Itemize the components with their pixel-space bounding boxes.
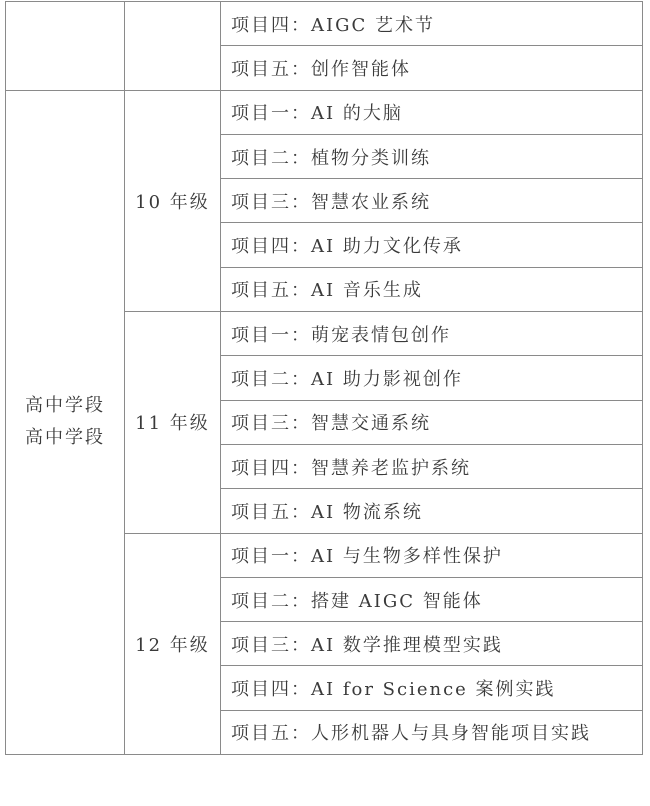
project-cell: 项目一：AI 与生物多样性保护 — [221, 533, 643, 577]
project-cell: 项目二：AI 助力影视创作 — [221, 356, 643, 400]
grade-cell-12: 12 年级 — [125, 533, 221, 754]
project-cell: 项目二：植物分类训练 — [221, 134, 643, 178]
stage-label: 高中学段 — [6, 390, 124, 422]
project-cell: 项目三：智慧农业系统 — [221, 179, 643, 223]
curriculum-table: 项目四：AIGC 艺术节 项目五：创作智能体 高中学段 高中学段 10 年级 项… — [5, 1, 643, 755]
project-cell: 项目四：AIGC 艺术节 — [221, 2, 643, 46]
project-cell: 项目四：AI for Science 案例实践 — [221, 666, 643, 710]
table-row: 高中学段 高中学段 10 年级 项目一：AI 的大脑 — [6, 90, 643, 134]
grade-cell-11: 11 年级 — [125, 312, 221, 533]
project-cell: 项目四：AI 助力文化传承 — [221, 223, 643, 267]
project-cell: 项目五：人形机器人与具身智能项目实践 — [221, 710, 643, 754]
table-row: 项目四：AIGC 艺术节 — [6, 2, 643, 46]
project-cell: 项目五：创作智能体 — [221, 46, 643, 90]
stage-cell-previous — [6, 2, 125, 91]
stage-cell-high-school: 高中学段 高中学段 — [6, 90, 125, 754]
project-cell: 项目五：AI 音乐生成 — [221, 267, 643, 311]
grade-cell-previous — [125, 2, 221, 91]
project-cell: 项目四：智慧养老监护系统 — [221, 444, 643, 488]
project-cell: 项目一：AI 的大脑 — [221, 90, 643, 134]
project-cell: 项目一：萌宠表情包创作 — [221, 312, 643, 356]
grade-cell-10: 10 年级 — [125, 90, 221, 311]
project-cell: 项目三：智慧交通系统 — [221, 400, 643, 444]
project-cell: 项目二：搭建 AIGC 智能体 — [221, 577, 643, 621]
project-cell: 项目五：AI 物流系统 — [221, 489, 643, 533]
project-cell: 项目三：AI 数学推理模型实践 — [221, 622, 643, 666]
stage-label: 高中学段 — [6, 422, 124, 454]
